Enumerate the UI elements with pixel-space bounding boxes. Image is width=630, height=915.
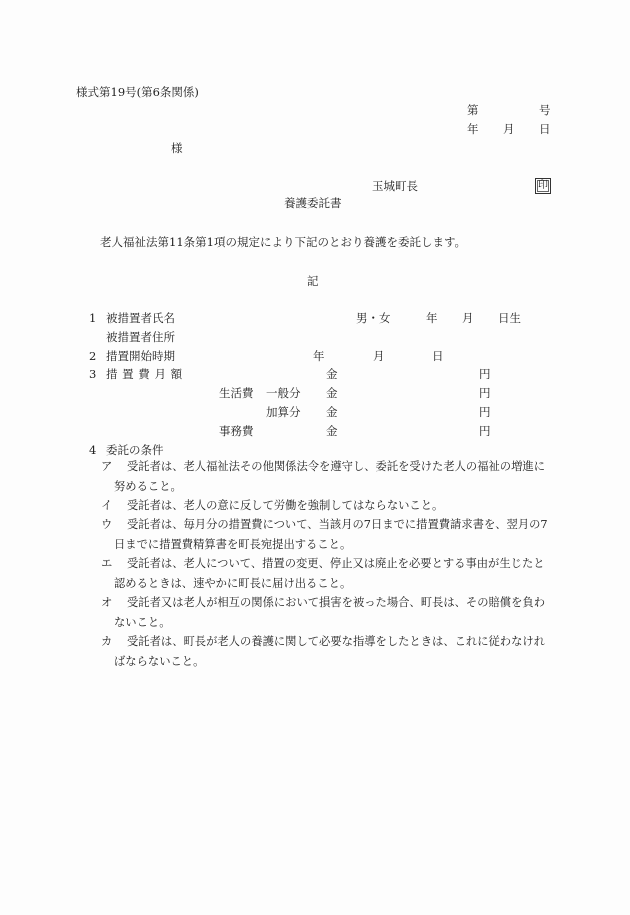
ki-heading: 記 [307, 274, 319, 288]
item1-birth-day: 日生 [498, 311, 521, 325]
ref-number-suffix: 号 [539, 103, 551, 117]
condition-i-text: 受託者は、老人の意に反して労働を強制してはならないこと。 [127, 499, 443, 512]
condition-o: オ受託者又は老人が相互の関係において損害を被った場合、町長は、その賠償を負わない… [101, 593, 551, 632]
condition-a: ア受託者は、老人福祉法その他関係法令を遵守し、委託を受けた老人の福祉の増進に努め… [101, 457, 551, 496]
ref-number-prefix: 第 [467, 103, 479, 117]
condition-a-text: 受託者は、老人福祉法その他関係法令を遵守し、委託を受けた老人の福祉の増進に努める… [114, 460, 545, 493]
item3-office-yen: 円 [479, 424, 491, 438]
item2-year: 年 [313, 349, 325, 363]
item3-living-cost-label: 生活費 [219, 386, 254, 400]
form-number: 様式第19号(第6条関係) [76, 85, 199, 99]
addressee-suffix: 様 [171, 141, 183, 155]
condition-u-text: 受託者は、毎月分の措置費について、当該月の7日までに措置費請求書を、翌月の7日ま… [114, 518, 548, 551]
item3-total-yen: 円 [479, 367, 491, 381]
condition-e-mark: エ [101, 554, 127, 574]
item1-number: 1 [89, 311, 96, 325]
date-year: 年 [467, 122, 479, 136]
item2-day: 日 [432, 349, 444, 363]
condition-o-text: 受託者又は老人が相互の関係において損害を被った場合、町長は、その賠償を負わないこ… [114, 596, 545, 629]
condition-o-mark: オ [101, 593, 127, 613]
item2-number: 2 [89, 349, 96, 363]
seal-mark: 印 [538, 180, 548, 191]
condition-u-mark: ウ [101, 515, 127, 535]
item1-label-address: 被措置者住所 [106, 330, 175, 344]
item3-total-kin: 金 [326, 367, 338, 381]
document-title: 養護委託書 [284, 196, 342, 210]
issuer-name: 玉城町長 [372, 179, 418, 193]
condition-e-text: 受託者は、老人について、措置の変更、停止又は廃止を必要とする事由が生じたと認める… [114, 557, 545, 590]
item3-general-kin: 金 [326, 386, 338, 400]
item2-month: 月 [373, 349, 385, 363]
condition-i-mark: イ [101, 496, 127, 516]
seal-box: 印 [535, 178, 551, 194]
intro-text: 老人福祉法第11条第1項の規定により下記のとおり養護を委託します。 [100, 235, 466, 249]
item3-additional-kin: 金 [326, 405, 338, 419]
condition-ka-text: 受託者は、町長が老人の養護に関して必要な指導をしたときは、これに従わなければなら… [114, 635, 545, 668]
item1-gender: 男・女 [356, 311, 391, 325]
item3-additional-label: 加算分 [266, 405, 301, 419]
item3-general-yen: 円 [479, 386, 491, 400]
item3-office-kin: 金 [326, 424, 338, 438]
item4-number: 4 [89, 443, 96, 457]
condition-i: イ受託者は、老人の意に反して労働を強制してはならないこと。 [101, 496, 551, 516]
item1-birth-year: 年 [426, 311, 438, 325]
condition-ka-mark: カ [101, 632, 127, 652]
item3-label: 措 置 費 月 額 [106, 367, 183, 381]
item4-label: 委託の条件 [106, 443, 164, 457]
document-page: 様式第19号(第6条関係) 第 号 年 月 日 様 玉城町長 印 養護委託書 老… [0, 0, 630, 915]
item3-number: 3 [89, 367, 96, 381]
condition-a-mark: ア [101, 457, 127, 477]
condition-u: ウ受託者は、毎月分の措置費について、当該月の7日までに措置費請求書を、翌月の7日… [101, 515, 551, 554]
item1-label-name: 被措置者氏名 [106, 311, 175, 325]
item3-general-label: 一般分 [266, 386, 301, 400]
item3-additional-yen: 円 [479, 405, 491, 419]
date-day: 日 [539, 122, 551, 136]
condition-e: エ受託者は、老人について、措置の変更、停止又は廃止を必要とする事由が生じたと認め… [101, 554, 551, 593]
date-month: 月 [503, 122, 515, 136]
item1-birth-month: 月 [462, 311, 474, 325]
item2-label: 措置開始時期 [106, 349, 175, 363]
item3-office-cost-label: 事務費 [219, 424, 254, 438]
condition-ka: カ受託者は、町長が老人の養護に関して必要な指導をしたときは、これに従わなければな… [101, 632, 551, 671]
